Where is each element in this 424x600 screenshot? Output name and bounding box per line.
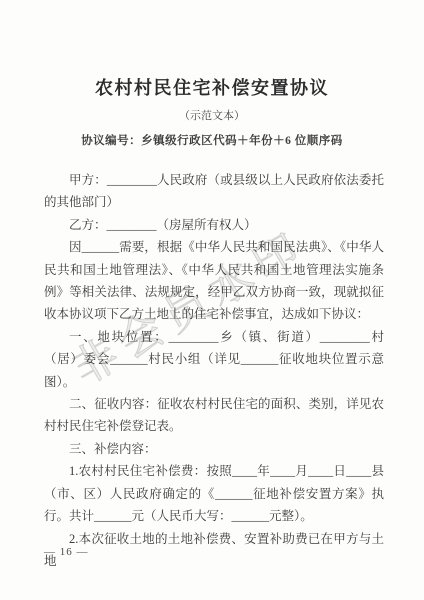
paragraph-preamble: 因______需要，根据《中华人民共和国民法典》、《中华人民共和国土地管理法》、…: [44, 236, 384, 326]
agreement-number-line: 协议编号：乡镇级行政区代码＋年份＋6 位顺序码: [0, 132, 424, 148]
document-subtitle: （示范文本）: [0, 107, 424, 123]
document-page: 非会员水印 农村村民住宅补偿安置协议 （示范文本） 协议编号：乡镇级行政区代码＋…: [0, 0, 424, 600]
document-body: 甲方：________人民政府（或县级以上人民政府依法委托的其他部门） 乙方：_…: [44, 169, 384, 572]
document-title: 农村村民住宅补偿安置协议: [0, 74, 424, 100]
page-number: — 16 —: [44, 546, 89, 558]
paragraph-clause-3-item-1: 1.农村村民住宅补偿费：按照____年____月____日____县（市、区）人…: [44, 460, 384, 527]
paragraph-party-b: 乙方：________（房屋所有权人）: [44, 214, 384, 236]
paragraph-clause-3-item-2: 2.本次征收土地的土地补偿费、安置补助费已在甲方与土地: [44, 528, 384, 573]
paragraph-clause-2-scope: 二、征收内容：征收农村村民住宅的面积、类别，详见农村村民住宅补偿登记表。: [44, 393, 384, 438]
paragraph-clause-3-heading: 三、补偿内容：: [44, 438, 384, 460]
document-header: 农村村民住宅补偿安置协议 （示范文本） 协议编号：乡镇级行政区代码＋年份＋6 位…: [0, 0, 424, 148]
paragraph-clause-1-location: 一、地块位置：________乡（镇、街道）________村（居）委会____…: [44, 326, 384, 393]
paragraph-party-a: 甲方：________人民政府（或县级以上人民政府依法委托的其他部门）: [44, 169, 384, 214]
